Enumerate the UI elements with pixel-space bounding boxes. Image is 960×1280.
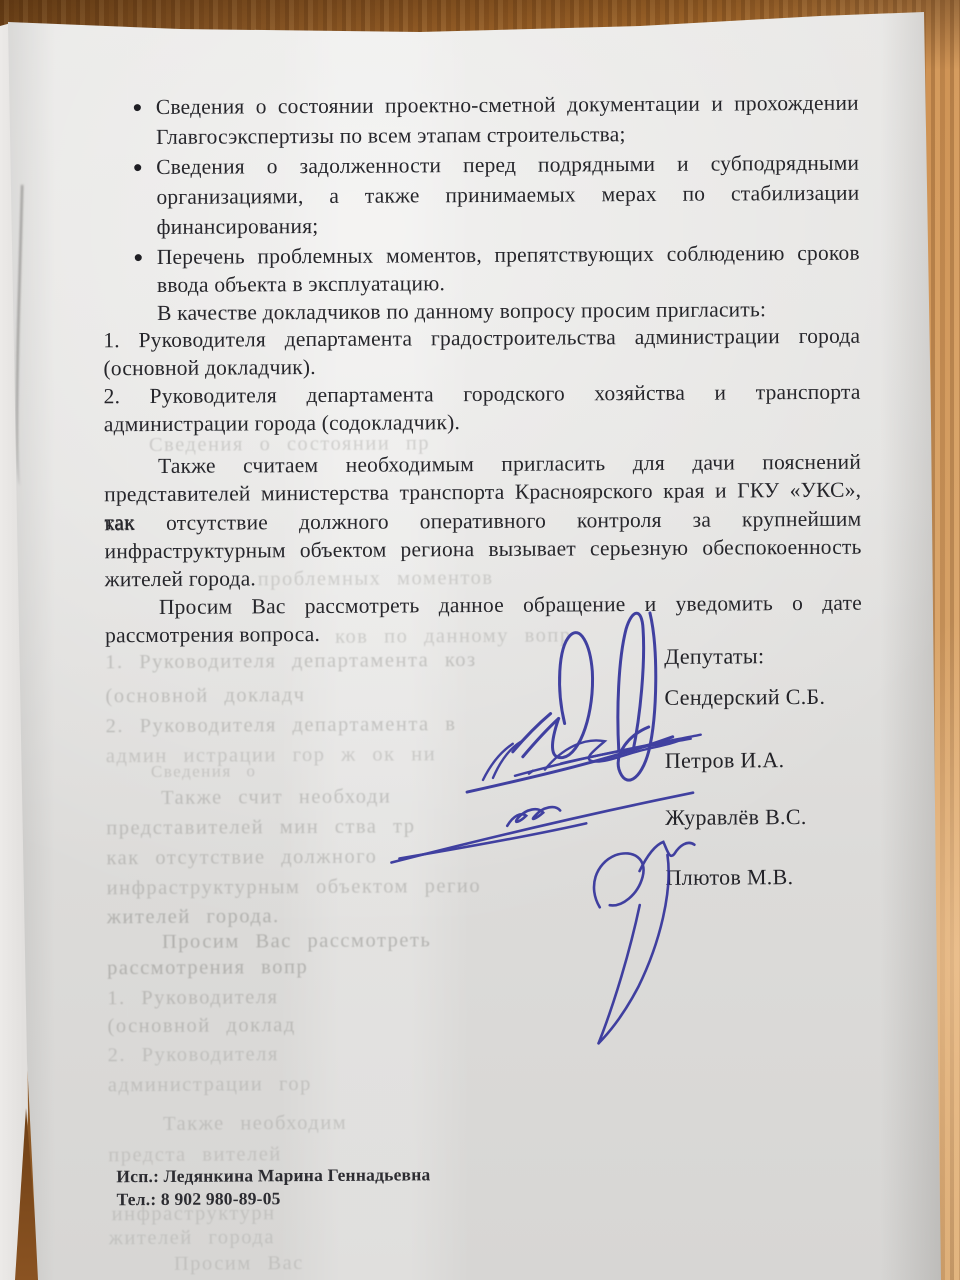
- signature-petrov: [483, 735, 701, 780]
- desk-photo: Сведения о состоянии пр проблемных момен…: [0, 0, 960, 1280]
- document-page: Сведения о состоянии пр проблемных момен…: [0, 0, 960, 1280]
- signature-zhuravlev: [391, 793, 693, 863]
- signatures-overlay: [0, 0, 960, 1280]
- document-content: Сведения о состоянии пр проблемных момен…: [0, 0, 960, 1280]
- signature-sendersky: [466, 613, 673, 792]
- signature-plyutov: [594, 842, 696, 1044]
